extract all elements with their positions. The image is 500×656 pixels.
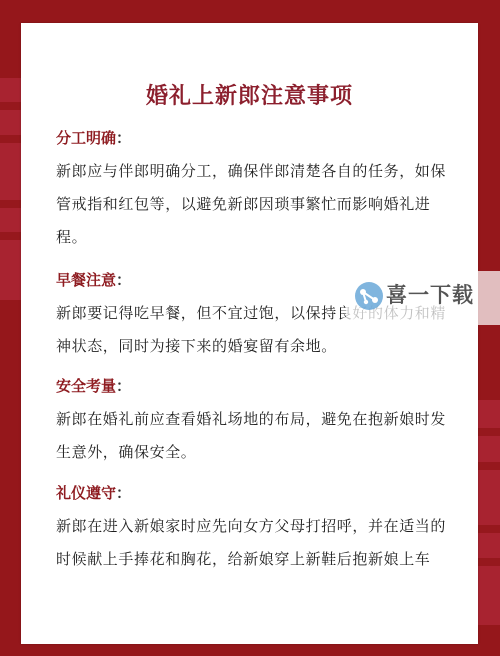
watermark-text: 喜一下载 [386, 279, 474, 309]
heading-text: 安全考量 [56, 377, 116, 395]
left-stripe-dark [0, 232, 21, 240]
section-heading-etiquette: 礼仪遵守： [56, 482, 131, 503]
link-nodes-icon [354, 281, 384, 311]
watermark: 喜一下载 [346, 271, 500, 325]
right-stripe-dark [478, 428, 500, 436]
left-stripe-block [0, 78, 21, 300]
heading-colon: ： [116, 377, 131, 395]
section-heading-division-of-labor: 分工明确： [56, 127, 131, 148]
heading-colon: ： [116, 484, 131, 502]
left-stripe-dark [0, 102, 21, 110]
section-body-etiquette: 新郎在进入新娘家时应先向女方父母打招呼，并在适当的时候献上手捧花和胸花，给新娘穿… [56, 510, 452, 576]
heading-colon: ： [116, 271, 131, 289]
heading-colon: ： [116, 129, 131, 147]
heading-text: 分工明确 [56, 129, 116, 147]
content-card: 婚礼上新郎注意事项 分工明确： 新郎应与伴郎明确分工，确保伴郎清楚各自的任务，如… [21, 23, 478, 644]
page-title: 婚礼上新郎注意事项 [21, 79, 478, 110]
section-body-safety: 新郎在婚礼前应查看婚礼场地的布局，避免在抱新娘时发生意外，确保安全。 [56, 403, 452, 469]
left-stripe-dark [0, 200, 21, 208]
heading-text: 礼仪遵守 [56, 484, 116, 502]
right-stripe-dark [478, 462, 500, 470]
right-stripe-dark [478, 558, 500, 566]
section-body-division-of-labor: 新郎应与伴郎明确分工，确保伴郎清楚各自的任务，如保管戒指和红包等，以避免新郎因琐… [56, 155, 452, 254]
section-heading-breakfast: 早餐注意： [56, 269, 131, 290]
right-stripe-dark [478, 525, 500, 533]
heading-text: 早餐注意 [56, 271, 116, 289]
section-heading-safety: 安全考量： [56, 375, 131, 396]
left-stripe-dark [0, 135, 21, 143]
